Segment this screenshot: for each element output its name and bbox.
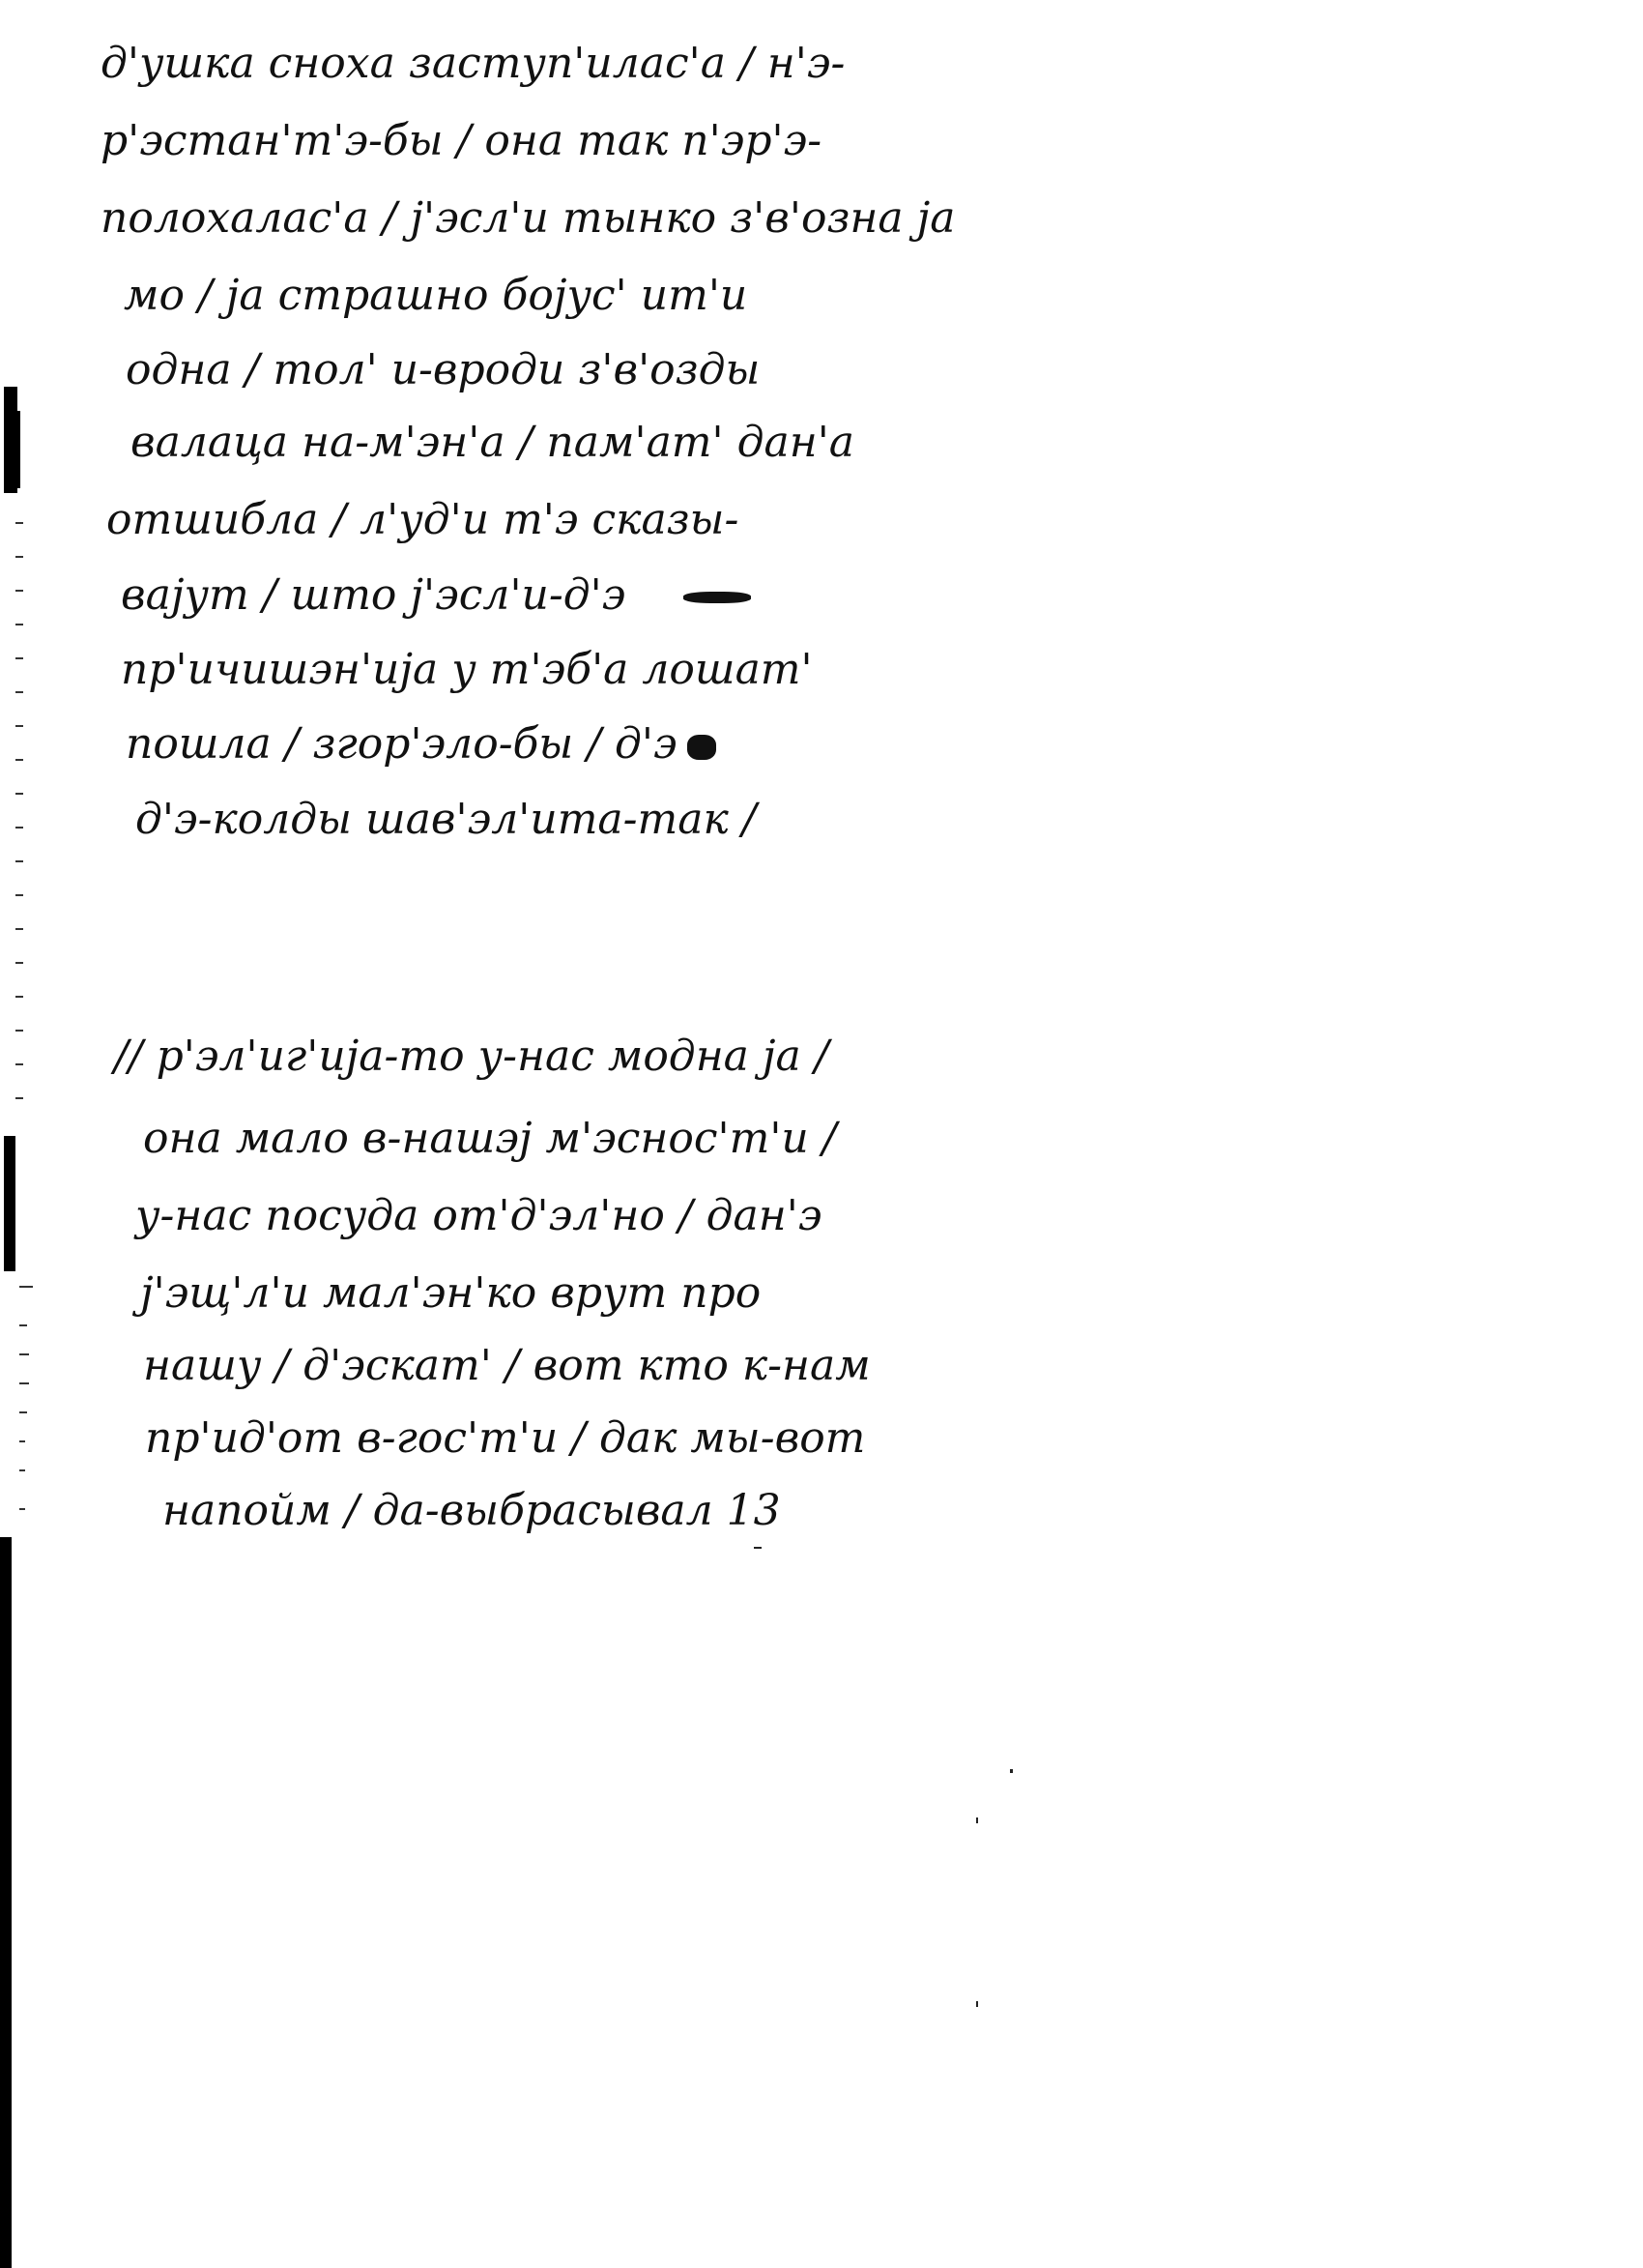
handwritten-text: // р'эл'иг'иjа-то у-нас модна ja /	[114, 1035, 829, 1078]
handwritten-text: пр'ид'от в-гос'т'и / дак мы-вот	[145, 1417, 865, 1460]
text-line: нашу / д'эскат' / вот кто к-нам	[143, 1320, 871, 1387]
binding-bar-top	[4, 387, 17, 493]
text-line: пошла / згор'эло-бы / д'э	[126, 698, 716, 766]
text-line: полохалас'а / j'эсл'и тынко з'в'озна ja	[101, 172, 956, 240]
text-line: пр'ичишэн'иjа у т'эб'а лошат'	[121, 624, 813, 691]
scanned-page: д'ушка сноха заступ'илас'а / н'э- р'эста…	[0, 0, 1643, 2268]
text-line: д'э-колды шав'эл'ита-так /	[135, 773, 757, 841]
binding-bar-mid	[4, 1136, 15, 1271]
handwritten-text: ваjут / што j'эсл'и-д'э	[121, 574, 625, 617]
text-line: пр'ид'от в-гос'т'и / дак мы-вот	[145, 1392, 865, 1460]
handwritten-text: j'эщ'л'и мал'эн'ко врут про	[140, 1272, 761, 1315]
handwritten-text: отшибла / л'уд'и т'э сказы-	[106, 499, 738, 541]
ink-blot-correction	[687, 735, 716, 760]
text-line: она мало в-нашэj м'эснос'т'и /	[143, 1092, 837, 1160]
scan-speck	[976, 1817, 978, 1823]
handwritten-text: одна / тол' и-вроди з'в'озды	[126, 349, 760, 392]
ink-blot-strikeout	[683, 592, 751, 603]
text-line: у-нас посуда от'д'эл'но / дан'э	[135, 1170, 822, 1237]
handwritten-text: полохалас'а / j'эсл'и тынко з'в'озна ja	[101, 197, 956, 240]
handwritten-text: напойм / да-выбрасывал 13	[162, 1490, 781, 1532]
text-line: валаца на-м'эн'а / пам'ат' дан'а	[130, 396, 854, 464]
text-line: отшибла / л'уд'и т'э сказы-	[106, 474, 738, 541]
handwritten-text: мо / ja страшно боjус' ит'и	[124, 275, 747, 317]
text-line: д'ушка сноха заступ'илас'а / н'э-	[101, 17, 1270, 85]
text-line: р'эстан'т'э-бы / она так п'эр'э-	[101, 95, 821, 162]
text-line: ваjут / што j'эсл'и-д'э	[121, 549, 751, 617]
scan-speck	[1010, 1769, 1013, 1773]
handwritten-text: валаца на-м'эн'а / пам'ат' дан'а	[130, 422, 854, 464]
binding-bar-top-thin	[17, 411, 20, 488]
text-line: одна / тол' и-вроди з'в'озды	[126, 324, 760, 392]
text-line: // р'эл'иг'иjа-то у-нас модна ja /	[114, 1010, 829, 1078]
handwritten-text: д'ушка сноха заступ'илас'а / н'э-	[101, 43, 845, 85]
binding-bar-bottom	[0, 1537, 12, 2268]
scan-speck	[976, 2001, 978, 2007]
text-line: j'эщ'л'и мал'эн'ко врут про	[140, 1247, 761, 1315]
handwritten-text: она мало в-нашэj м'эснос'т'и /	[143, 1118, 837, 1160]
text-line: напойм / да-выбрасывал 13	[162, 1465, 781, 1532]
handwritten-text: нашу / д'эскат' / вот кто к-нам	[143, 1345, 871, 1387]
handwritten-text: р'эстан'т'э-бы / она так п'эр'э-	[101, 120, 821, 162]
handwritten-text: у-нас посуда от'д'эл'но / дан'э	[135, 1195, 822, 1237]
handwritten-text: пошла / згор'эло-бы / д'э	[126, 723, 677, 766]
handwritten-text: пр'ичишэн'иjа у т'эб'а лошат'	[121, 649, 813, 691]
handwritten-text: д'э-колды шав'эл'ита-так /	[135, 799, 757, 841]
scan-speck	[754, 1547, 762, 1549]
text-line: мо / ja страшно боjус' ит'и	[124, 249, 747, 317]
